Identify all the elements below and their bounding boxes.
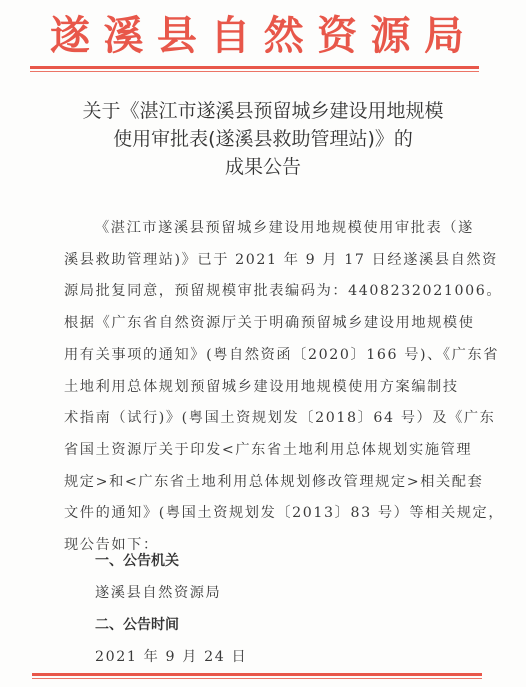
section-heading-authority: 一、公告机关 — [95, 550, 179, 570]
section-text-date: 2021 年 9 月 24 日 — [95, 646, 247, 666]
footer-divider — [32, 673, 482, 679]
body-line: 溪县救助管理站)》已于 2021 年 9 月 17 日经遂溪县自然资 — [64, 245, 464, 277]
letterhead-char: 遂 — [50, 12, 90, 60]
title-line: 使用审批表(遂溪县救助管理站)》的 — [0, 125, 526, 153]
document-title: 关于《湛江市遂溪县预留城乡建设用地规模 使用审批表(遂溪县救助管理站)》的 成果… — [0, 97, 526, 181]
title-line: 关于《湛江市遂溪县预留城乡建设用地规模 — [0, 97, 526, 125]
title-line: 成果公告 — [0, 153, 526, 181]
announcement-body: 《湛江市遂溪县预留城乡建设用地规模使用审批表（遂 溪县救助管理站)》已于 202… — [64, 213, 464, 562]
body-line: 省国土资源厅关于印发<广东省土地利用总体规划实施管理 — [64, 435, 464, 467]
letterhead-char: 县 — [157, 12, 197, 60]
body-line: 根据《广东省自然资源厅关于明确预留城乡建设用地规模使 — [64, 308, 464, 340]
letterhead-char: 源 — [371, 12, 411, 60]
body-line: 土地利用总体规划预留城乡建设用地规模使用方案编制技 — [64, 372, 464, 404]
body-line: 《湛江市遂溪县预留城乡建设用地规模使用审批表（遂 — [64, 213, 464, 245]
section-heading-date: 二、公告时间 — [95, 614, 179, 634]
letterhead-char: 自 — [210, 12, 250, 60]
body-line: 规定>和<广东省土地利用总体规划修改管理规定>相关配套 — [64, 467, 464, 499]
body-line: 源局批复同意，预留规模审批表编码为：4408232021006。 — [64, 276, 464, 308]
letterhead-divider — [30, 66, 479, 72]
letterhead-char: 溪 — [103, 12, 143, 60]
letterhead-char: 局 — [424, 12, 464, 60]
letterhead-char: 资 — [317, 12, 357, 60]
body-line: 术指南（试行)》(粤国土资规划发〔2018〕64 号）及《广东 — [64, 403, 464, 435]
letterhead-char: 然 — [264, 12, 304, 60]
section-text-authority: 遂溪县自然资源局 — [95, 582, 221, 602]
body-line: 文件的通知》(粤国土资规划发〔2013〕83 号）等相关规定， — [64, 498, 464, 530]
letterhead-org-name: 遂 溪 县 自 然 资 源 局 — [50, 12, 464, 60]
body-line: 用有关事项的通知》(粤自然资函〔2020〕166 号)、《广东省 — [64, 340, 464, 372]
